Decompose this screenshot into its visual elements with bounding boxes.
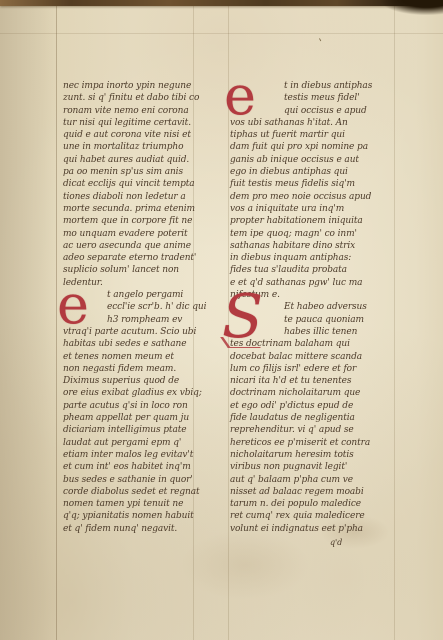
text-line: docebat balac mittere scanda — [230, 351, 396, 363]
text-line: in diebus inquam antiphas: — [230, 252, 396, 264]
text-line: fide laudatus de negligentia — [230, 412, 396, 424]
text-line: sathanas habitare dino strix — [230, 240, 396, 252]
text-column-right: E t in diebus antiphastestis meus fidel'… — [230, 80, 396, 549]
text-line: Diximus superius quod de — [63, 375, 194, 387]
text-line: tem ipe quoq; magn' co inm' — [230, 228, 396, 240]
manuscript-photo: ' nec impa inorto ypin negunezunt. si q'… — [0, 0, 443, 640]
text-line: et ego odi' p'dictus epud de — [230, 400, 396, 412]
text-line: mortem que in corpore fit ne — [63, 215, 194, 227]
photo-dark-edge — [0, 0, 443, 6]
text-line: nicari ita h'd et tu tenentes — [230, 375, 396, 387]
text-line: ego in diebus antiphas qui — [230, 166, 396, 178]
text-line: zunt. si q' finitu et dabo tibi co — [63, 92, 194, 104]
text-line: morte secunda. prima etenim — [63, 203, 194, 215]
text-line: volunt ei indignatus eet p'pha — [230, 523, 396, 535]
full-lines: tes doctrinam balaham quidocebat balac m… — [230, 338, 396, 535]
text-line: aut q' balaam p'pha cum ve — [230, 474, 396, 486]
text-line: ret cumq' rex quia maledicere — [230, 510, 396, 522]
text-line: propter habitationem iniquita — [230, 215, 396, 227]
full-lines: vos ubi sathanas h'itat. Antiphas ut fue… — [230, 117, 396, 301]
text-line: nec impa inorto ypin negune — [63, 80, 194, 92]
text-line: et q' fidem nunq' negavit. — [63, 523, 194, 535]
text-line: laudat aut pergami epm q' — [63, 437, 194, 449]
text-line: qui habet aures audiat quid. — [63, 154, 194, 166]
catchword: q'd — [230, 537, 396, 549]
rubric-initial-e: E — [224, 74, 256, 118]
rubric-initial-s: S — [222, 293, 263, 341]
text-line: corde diabolus sedet et regnat — [63, 486, 194, 498]
text-line: bus sedes e sathanie in quor' — [63, 474, 194, 486]
text-line: pheam appellat per quam ju — [63, 412, 194, 424]
text-line: et cum int' eos habitet inq'm — [63, 461, 194, 473]
text-line: doctrinam nicholaitarum que — [230, 387, 396, 399]
rubric-initial-e: E — [57, 283, 89, 327]
paragraph-with-initial: E t angelo pergamieccl'ie scr'b. h' dic … — [63, 289, 194, 535]
text-line: habitas ubi sedes e sathane — [63, 338, 194, 350]
text-line: fuit testis meus fidelis siq'm — [230, 178, 396, 190]
photo-dark-corner — [381, 0, 443, 15]
text-line: dam fuit qui pro xpi nomine pa — [230, 141, 396, 153]
text-line: dem pro meo noie occisus apud — [230, 191, 396, 203]
text-line: une in mortalitaz triumpho — [63, 141, 194, 153]
paragraph-with-initial: S Et habeo adversuste pauca quoniamhabes… — [230, 301, 396, 535]
text-line: fides tua s'laudita probata — [230, 264, 396, 276]
text-line: mo unquam evadere poterit — [63, 228, 194, 240]
text-line: et tenes nomen meum et — [63, 351, 194, 363]
text-line: tiphas ut fuerit martir qui — [230, 129, 396, 141]
text-line: ronam vite nemo eni corona — [63, 105, 194, 117]
text-line: lum co filijs isrl' edere et for — [230, 363, 396, 375]
text-line: nisset ad balaac regem moabi — [230, 486, 396, 498]
text-line: nomen tamen ypi tenuit ne — [63, 498, 194, 510]
page-gutter-shading — [0, 0, 57, 640]
text-line: pa oo menin sp'us sim anis — [63, 166, 194, 178]
text-line: tiones diaboli non ledetur a — [63, 191, 194, 203]
text-column-left: nec impa inorto ypin negunezunt. si q' f… — [63, 80, 194, 535]
text-line: hereticos ee p'miserit et contra — [230, 437, 396, 449]
text-line: quid e aut corona vite nisi et — [63, 129, 194, 141]
paragraph: nec impa inorto ypin negunezunt. si q' f… — [63, 80, 194, 289]
ruling-line-top — [0, 33, 443, 34]
text-line: reprehenditur. vi q' apud se — [230, 424, 396, 436]
text-line: ore eius exibat gladius ex vbiq; — [63, 387, 194, 399]
text-line: viribus non pugnavit legit' — [230, 461, 396, 473]
text-line: tur nisi qui legitime certavit. — [63, 117, 194, 129]
text-line: nicholaitarum heresim totis — [230, 449, 396, 461]
paragraph-with-initial: E t in diebus antiphastestis meus fidel'… — [230, 80, 396, 301]
text-line: adeo separate eterno tradent' — [63, 252, 194, 264]
text-line: parte acutus q'si in loco ron — [63, 400, 194, 412]
text-line: etiam inter malos leg evitav't — [63, 449, 194, 461]
text-line: vos a iniquitate ura inq'm — [230, 203, 396, 215]
full-lines: vtraq'i parte acutum. Scio ubihabitas ub… — [63, 326, 194, 535]
pen-squiggle-mark: ' — [317, 36, 326, 49]
text-line: tarum n. dei populo maledice — [230, 498, 396, 510]
text-line: non negasti fidem meam. — [63, 363, 194, 375]
text-line: ganis ab inique occisus e aut — [230, 154, 396, 166]
text-line: diciariam intelligimus ptate — [63, 424, 194, 436]
text-line: q'q; ypianitatis nomen habuit — [63, 510, 194, 522]
text-line: ac uero asecunda que anime — [63, 240, 194, 252]
text-line: dicat ecclijs qui vincit tempta — [63, 178, 194, 190]
